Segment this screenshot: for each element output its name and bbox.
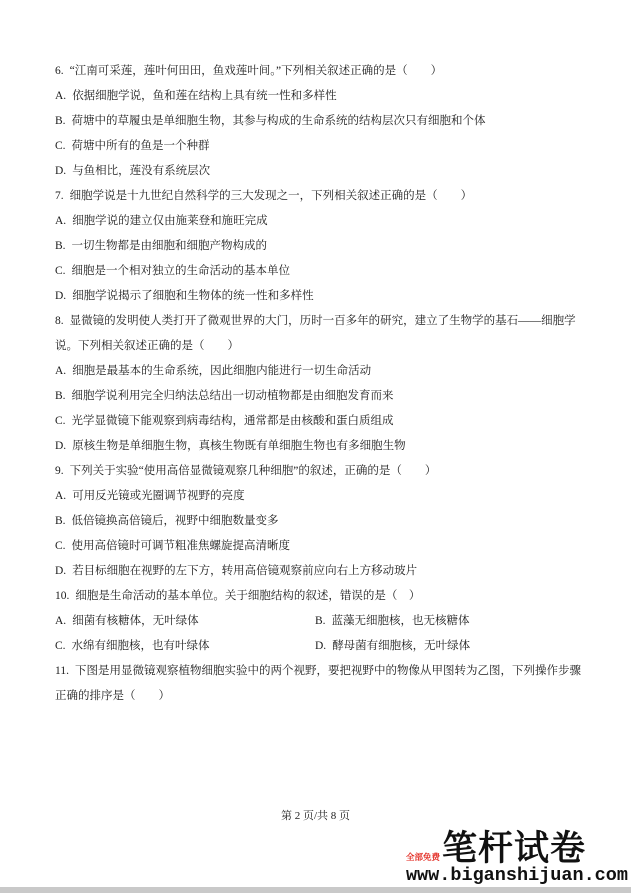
bottom-gray-bar [0,887,631,893]
option-text: 若目标细胞在视野的左下方，转用高倍镜观察前应向右上方移动玻片 [72,565,417,577]
question-7: 7.细胞学说是十九世纪自然科学的三大发现之一，下列相关叙述正确的是（ ） A.细… [55,184,592,309]
question-stem-text: 显微镜的发明使人类打开了微观世界的大门，历时一百多年的研究，建立了生物学的基石—… [55,315,576,352]
option-text: 细胞是最基本的生命系统，因此细胞内能进行一切生命活动 [72,365,371,377]
option-text: 酵母菌有细胞核，无叶绿体 [332,640,470,652]
question-stem-text: 细胞学说是十九世纪自然科学的三大发现之一，下列相关叙述正确的是（ ） [70,190,473,202]
question-number: 11. [55,665,69,677]
option-a: A.细胞学说的建立仅由施莱登和施旺完成 [55,209,592,234]
option-text: 低倍镜换高倍镜后，视野中细胞数量变多 [72,515,279,527]
brand-tagline: 全部免费 [406,853,440,862]
option-c: C.水绵有细胞核，也有叶绿体 [55,634,315,659]
option-text: 细胞是一个相对独立的生命活动的基本单位 [72,265,291,277]
option-text: 光学显微镜下能观察到病毒结构，通常都是由核酸和蛋白质组成 [72,415,394,427]
option-label: D. [55,290,66,302]
option-label: C. [55,265,66,277]
option-label: C. [55,540,66,552]
option-text: 细胞学说的建立仅由施莱登和施旺完成 [72,215,268,227]
option-b: B.荷塘中的草履虫是单细胞生物，其参与构成的生命系统的结构层次只有细胞和个体 [55,109,592,134]
option-b: B.低倍镜换高倍镜后，视野中细胞数量变多 [55,509,592,534]
question-stem: 8.显微镜的发明使人类打开了微观世界的大门，历时一百多年的研究，建立了生物学的基… [55,309,592,359]
option-c: C.荷塘中所有的鱼是一个种群 [55,134,592,159]
option-d: D.细胞学说揭示了细胞和生物体的统一性和多样性 [55,284,592,309]
option-a: A.细菌有核糖体，无叶绿体 [55,609,315,634]
option-text: 使用高倍镜时可调节粗准焦螺旋提高清晰度 [72,540,291,552]
option-label: B. [315,615,326,627]
brand-name: 笔杆试卷 [442,832,586,865]
option-label: C. [55,415,66,427]
question-stem-text: 细胞是生命活动的基本单位。关于细胞结构的叙述，错误的是（ ） [75,590,420,602]
option-c: C.光学显微镜下能观察到病毒结构，通常都是由核酸和蛋白质组成 [55,409,592,434]
option-label: B. [55,240,66,252]
option-c: C.使用高倍镜时可调节粗准焦螺旋提高清晰度 [55,534,592,559]
question-number: 9. [55,465,64,477]
option-label: A. [55,90,66,102]
option-text: 细胞学说揭示了细胞和生物体的统一性和多样性 [72,290,314,302]
question-9: 9.下列关于实验“使用高倍显微镜观察几种细胞”的叙述，正确的是（ ） A.可用反… [55,459,592,584]
option-label: C. [55,640,66,652]
question-stem: 6.“江南可采莲，莲叶何田田，鱼戏莲叶间。”下列相关叙述正确的是（ ） [55,59,592,84]
question-stem: 10.细胞是生命活动的基本单位。关于细胞结构的叙述，错误的是（ ） [55,584,592,609]
option-d: D.若目标细胞在视野的左下方，转用高倍镜观察前应向右上方移动玻片 [55,559,592,584]
question-stem-text: “江南可采莲，莲叶何田田，鱼戏莲叶间。”下列相关叙述正确的是（ ） [70,65,442,77]
brand-top-row: 全部免费 笔杆试卷 [406,832,628,865]
option-label: B. [55,115,66,127]
question-stem: 11.下图是用显微镜观察植物细胞实验中的两个视野，要把视野中的物像从甲图转为乙图… [55,659,592,709]
question-number: 6. [55,65,64,77]
option-label: B. [55,390,66,402]
question-6: 6.“江南可采莲，莲叶何田田，鱼戏莲叶间。”下列相关叙述正确的是（ ） A.依据… [55,59,592,184]
question-stem: 9.下列关于实验“使用高倍显微镜观察几种细胞”的叙述，正确的是（ ） [55,459,592,484]
option-text: 与鱼相比，莲没有系统层次 [72,165,210,177]
option-label: A. [55,490,66,502]
option-text: 一切生物都是由细胞和细胞产物构成的 [72,240,268,252]
page-number-footer: 第 2 页/共 8 页 [0,806,631,826]
option-label: C. [55,140,66,152]
questions-area: 6.“江南可采莲，莲叶何田田，鱼戏莲叶间。”下列相关叙述正确的是（ ） A.依据… [55,59,592,709]
option-label: D. [55,165,66,177]
question-stem: 7.细胞学说是十九世纪自然科学的三大发现之一，下列相关叙述正确的是（ ） [55,184,592,209]
option-text: 蓝藻无细胞核，也无核糖体 [332,615,470,627]
option-label: A. [55,215,66,227]
option-text: 可用反光镜或光圈调节视野的亮度 [72,490,245,502]
option-c: C.细胞是一个相对独立的生命活动的基本单位 [55,259,592,284]
option-text: 依据细胞学说，鱼和莲在结构上具有统一性和多样性 [72,90,337,102]
question-10: 10.细胞是生命活动的基本单位。关于细胞结构的叙述，错误的是（ ） A.细菌有核… [55,584,592,659]
option-text: 荷塘中的草履虫是单细胞生物，其参与构成的生命系统的结构层次只有细胞和个体 [72,115,486,127]
option-row-ab: A.细菌有核糖体，无叶绿体 B.蓝藻无细胞核，也无核糖体 [55,609,592,634]
question-8: 8.显微镜的发明使人类打开了微观世界的大门，历时一百多年的研究，建立了生物学的基… [55,309,592,459]
option-b: B.细胞学说利用完全归纳法总结出一切动植物都是由细胞发育而来 [55,384,592,409]
question-number: 7. [55,190,64,202]
option-text: 荷塘中所有的鱼是一个种群 [72,140,210,152]
option-label: D. [315,640,326,652]
brand-url: www.biganshijuan.com [406,866,628,885]
option-b: B.一切生物都是由细胞和细胞产物构成的 [55,234,592,259]
option-d: D.原核生物是单细胞生物，真核生物既有单细胞生物也有多细胞生物 [55,434,592,459]
option-label: D. [55,440,66,452]
option-a: A.细胞是最基本的生命系统，因此细胞内能进行一切生命活动 [55,359,592,384]
option-text: 细胞学说利用完全归纳法总结出一切动植物都是由细胞发育而来 [72,390,394,402]
option-label: A. [55,615,66,627]
option-a: A.可用反光镜或光圈调节视野的亮度 [55,484,592,509]
question-stem-text: 下图是用显微镜观察植物细胞实验中的两个视野，要把视野中的物像从甲图转为乙图，下列… [55,665,581,702]
option-label: B. [55,515,66,527]
question-number: 8. [55,315,64,327]
option-d: D.与鱼相比，莲没有系统层次 [55,159,592,184]
option-label: A. [55,365,66,377]
question-number: 10. [55,590,69,602]
option-text: 水绵有细胞核，也有叶绿体 [72,640,210,652]
option-text: 原核生物是单细胞生物，真核生物既有单细胞生物也有多细胞生物 [72,440,406,452]
option-a: A.依据细胞学说，鱼和莲在结构上具有统一性和多样性 [55,84,592,109]
option-text: 细菌有核糖体，无叶绿体 [72,615,199,627]
question-11: 11.下图是用显微镜观察植物细胞实验中的两个视野，要把视野中的物像从甲图转为乙图… [55,659,592,709]
question-stem-text: 下列关于实验“使用高倍显微镜观察几种细胞”的叙述，正确的是（ ） [70,465,437,477]
option-d: D.酵母菌有细胞核，无叶绿体 [315,634,592,659]
option-row-cd: C.水绵有细胞核，也有叶绿体 D.酵母菌有细胞核，无叶绿体 [55,634,592,659]
option-b: B.蓝藻无细胞核，也无核糖体 [315,609,592,634]
biganshijuan-watermark: 全部免费 笔杆试卷 www.biganshijuan.com [406,832,628,885]
option-label: D. [55,565,66,577]
